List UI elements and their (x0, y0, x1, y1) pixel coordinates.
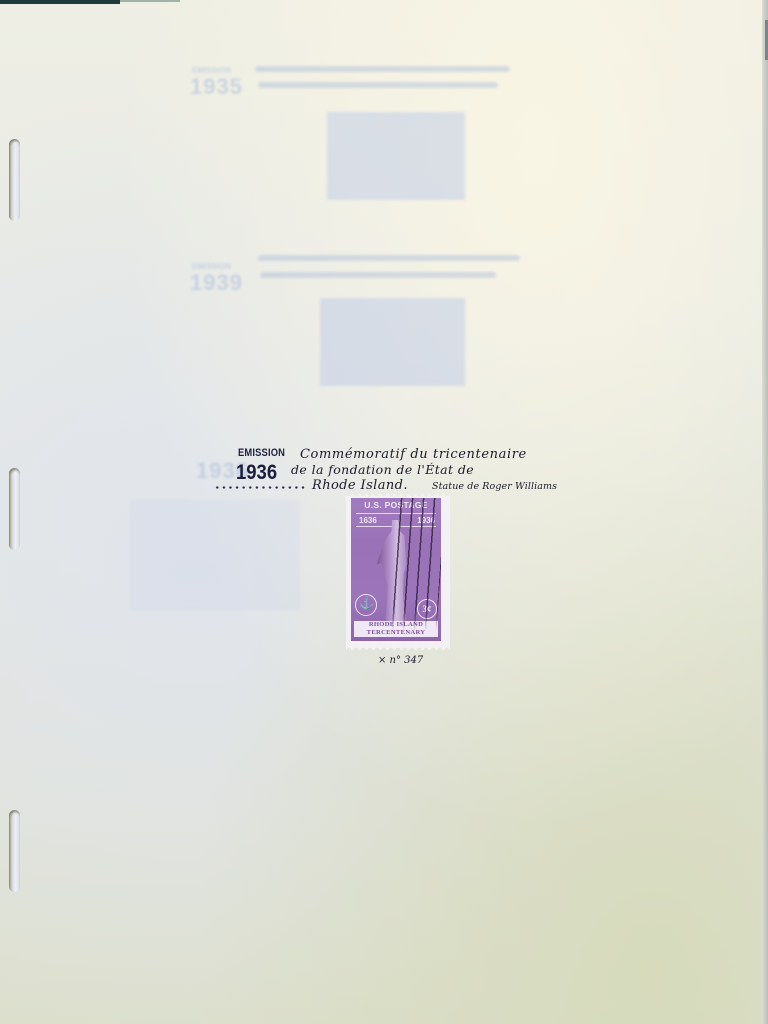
emission-label: EMISSION (238, 447, 285, 459)
description-line-3: Rhode Island. (312, 478, 408, 493)
postage-stamp: U.S. POSTAGE 1636 1936 ⚓ 3¢ RHODE ISLAND… (351, 498, 441, 641)
emission-year: 1936 (236, 461, 277, 485)
cancellation-wavy-lines (386, 498, 441, 638)
album-page: EMISSION 1935 EMISSION 1939 1936 EMISSIO… (0, 0, 768, 1024)
anchor-icon: ⚓ (359, 596, 374, 610)
description-line-2: de la fondation de l'État de (291, 462, 474, 477)
dotted-leader (214, 486, 308, 489)
catalog-reference: × n° 347 (378, 655, 423, 666)
description-note: Statue de Roger Williams (432, 481, 557, 492)
description-line-1: Commémoratif du tricentenaire (300, 447, 527, 462)
stamp-year-left: 1636 (359, 516, 377, 525)
